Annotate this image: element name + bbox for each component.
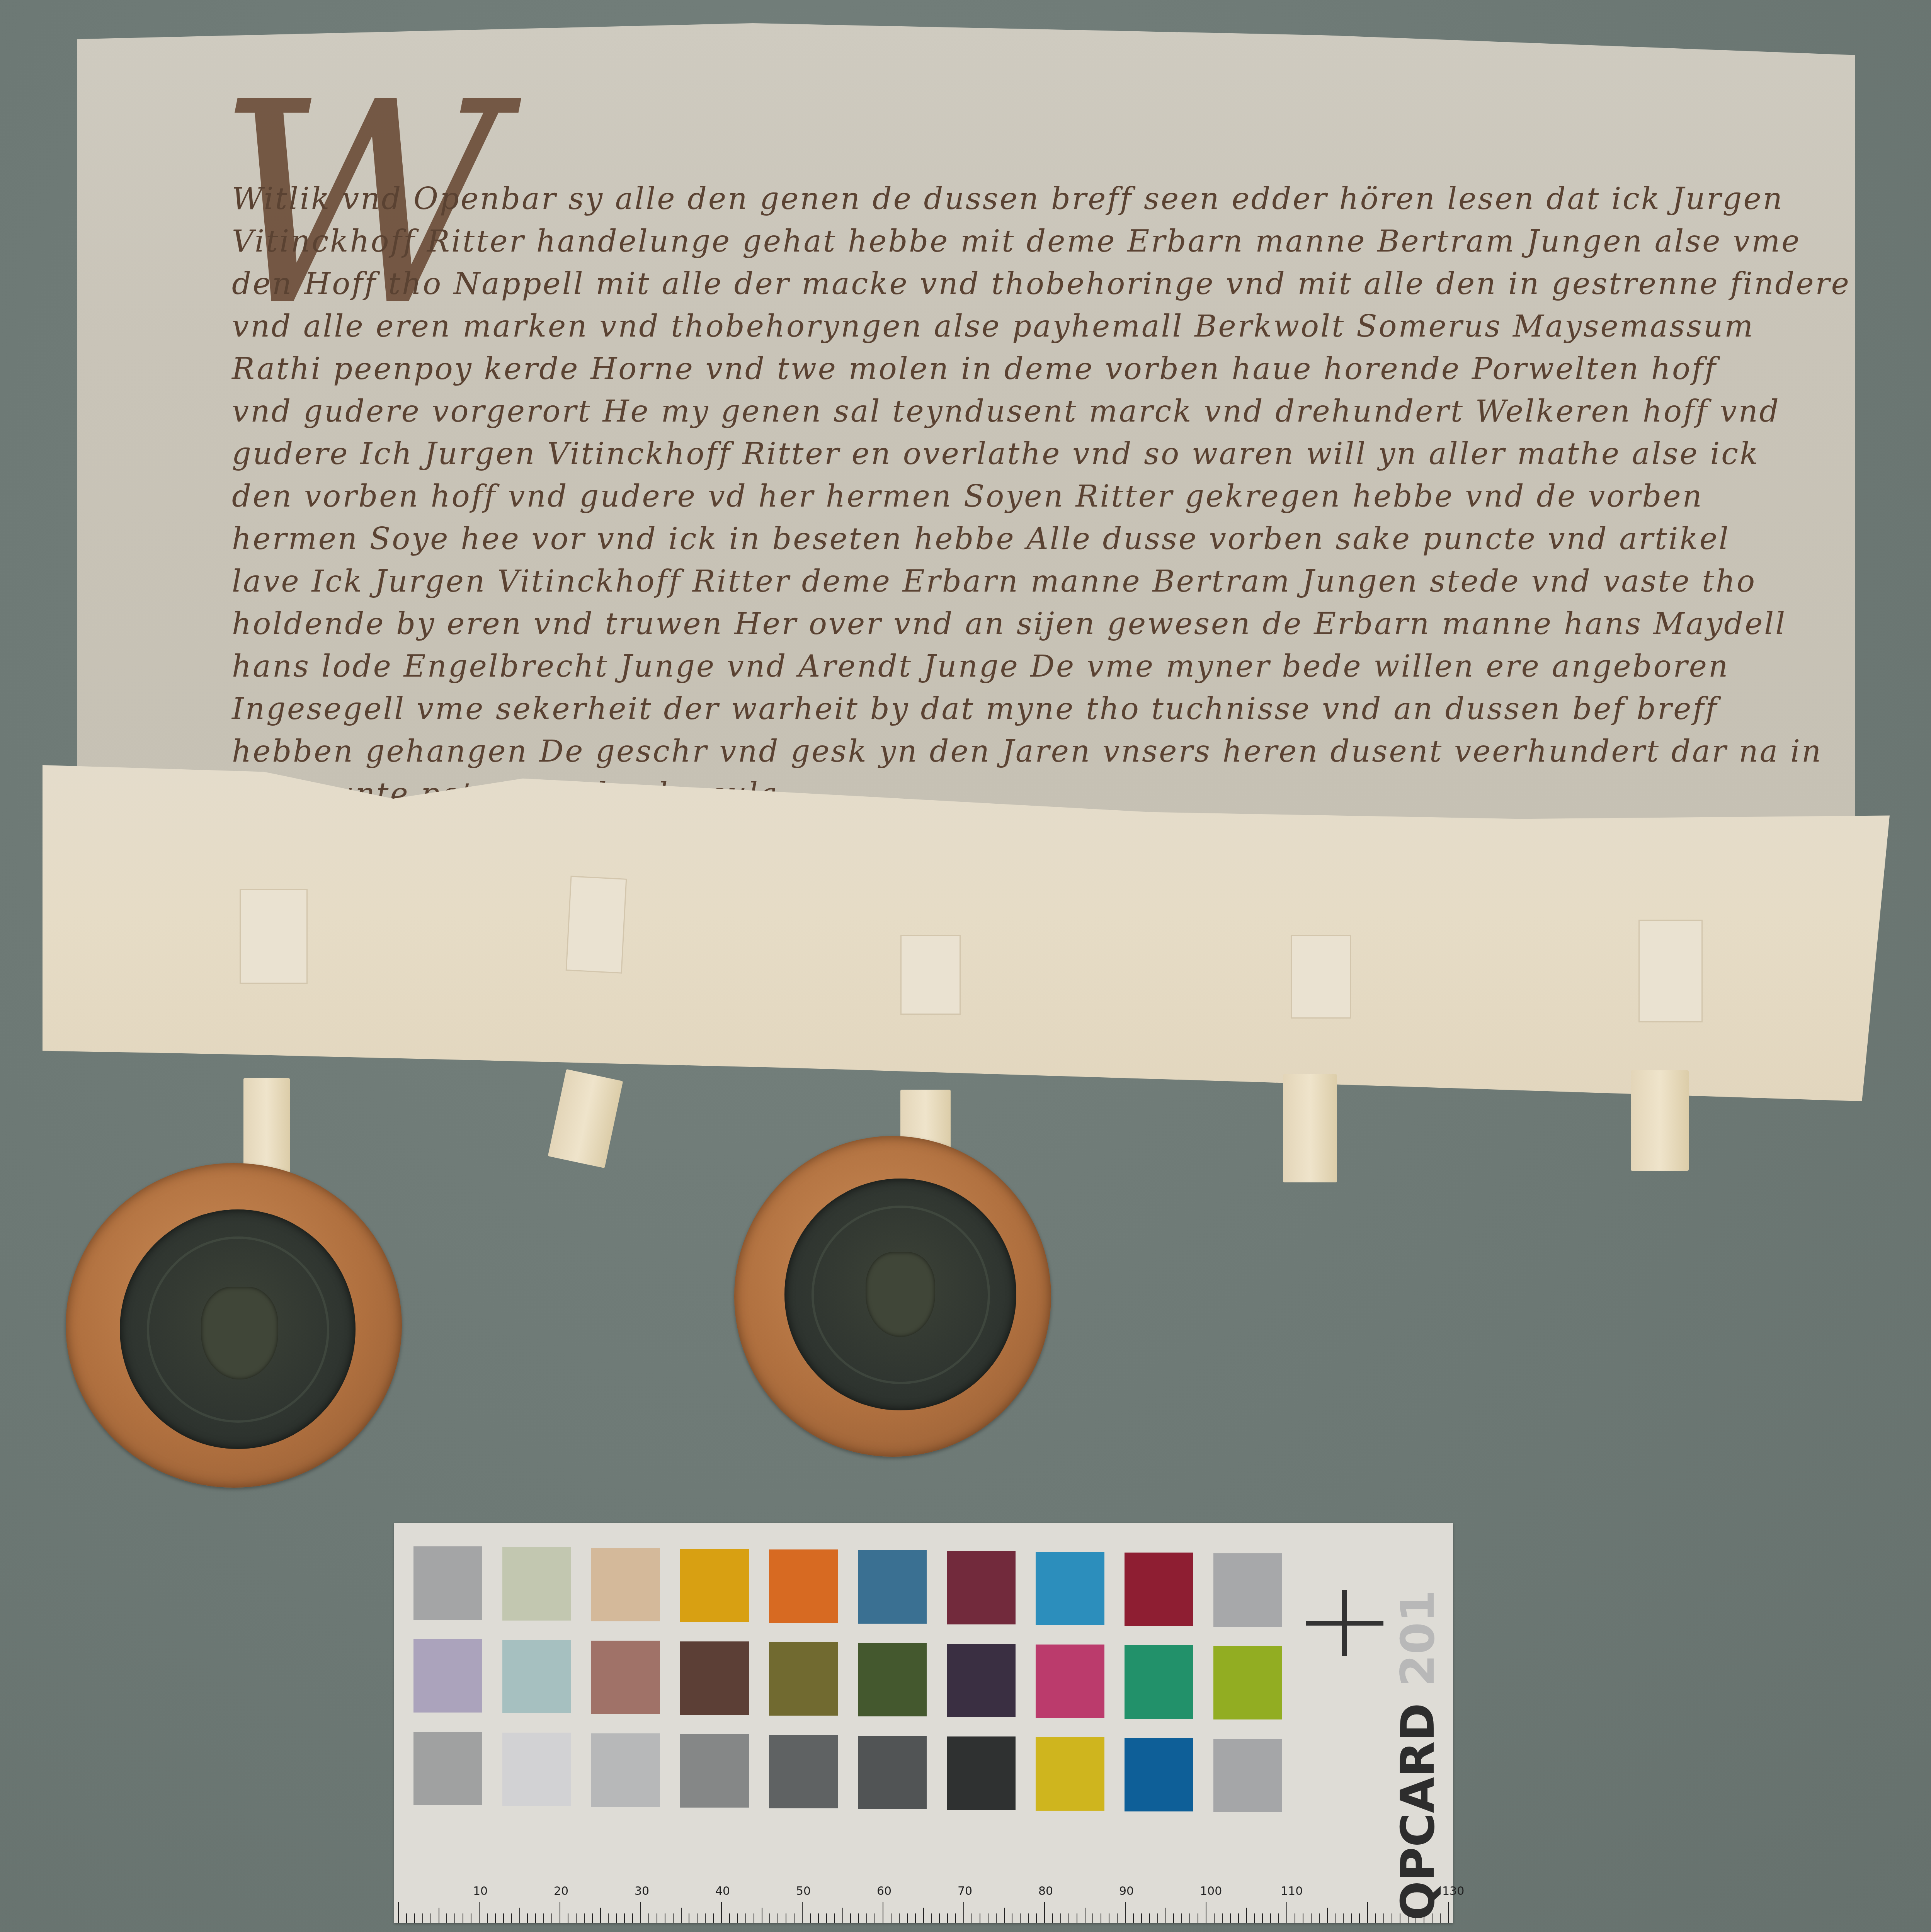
ruler-tick xyxy=(769,1913,770,1923)
ruler-tick xyxy=(1149,1913,1150,1923)
ruler-tick xyxy=(1044,1902,1045,1923)
registration-cross-icon xyxy=(1342,1590,1347,1656)
ruler-tick xyxy=(1448,1902,1449,1923)
text-line: gudere Ich Jurgen Vitinckhoff Ritter en … xyxy=(232,437,1759,471)
color-patch xyxy=(680,1641,749,1715)
ruler-tick xyxy=(1117,1913,1118,1923)
color-patch xyxy=(1036,1737,1104,1811)
seal-2-shield-icon xyxy=(866,1252,935,1337)
ruler-tick xyxy=(1077,1913,1077,1923)
color-patch xyxy=(769,1735,838,1808)
ruler-tick xyxy=(414,1913,415,1923)
color-patch xyxy=(1213,1739,1282,1812)
ruler-tick xyxy=(729,1913,730,1923)
card-brand-label: QPCARD 201 xyxy=(1391,1590,1445,1920)
ruler-tick xyxy=(1060,1913,1061,1923)
ruler-tick xyxy=(471,1913,471,1923)
color-patch xyxy=(591,1548,660,1621)
ruler-tick xyxy=(1133,1913,1134,1923)
ruler-tick xyxy=(705,1913,706,1923)
text-line: Rathi peenpoy kerde Horne vnd twe molen … xyxy=(232,352,1717,386)
ruler-tick xyxy=(673,1913,674,1923)
ruler-label: 20 xyxy=(554,1884,568,1898)
ruler-tick xyxy=(648,1913,649,1923)
ruler-label: 40 xyxy=(715,1884,730,1898)
ruler-tick xyxy=(479,1902,480,1923)
ruler-tick xyxy=(721,1902,722,1923)
ruler-tick xyxy=(1173,1913,1174,1923)
color-patch xyxy=(1036,1552,1104,1625)
ruler-tick xyxy=(640,1902,641,1923)
ruler-label: 30 xyxy=(635,1884,649,1898)
ruler-tick xyxy=(697,1913,698,1923)
color-patch xyxy=(413,1546,482,1620)
ruler-tick xyxy=(1343,1913,1344,1923)
text-line: den vorben hoff vnd gudere vd her hermen… xyxy=(232,479,1703,514)
text-line: holdende by eren vnd truwen Her over vnd… xyxy=(232,607,1786,641)
ruler-tick xyxy=(907,1913,908,1923)
ruler-tick xyxy=(1311,1913,1312,1923)
ruler-tick xyxy=(1181,1913,1182,1923)
ruler-tick xyxy=(996,1913,997,1923)
color-patch xyxy=(1213,1646,1282,1719)
color-patch xyxy=(502,1733,571,1806)
color-patch xyxy=(858,1550,927,1624)
ruler-tick xyxy=(487,1913,488,1923)
ruler-tick xyxy=(786,1913,786,1923)
ruler-tick xyxy=(454,1913,455,1923)
ruler-tick xyxy=(1214,1913,1215,1923)
ruler-tick xyxy=(947,1913,948,1923)
ruler-tick xyxy=(519,1908,520,1923)
ruler-label: 10 xyxy=(473,1884,488,1898)
color-patch xyxy=(1125,1553,1193,1626)
ruler-tick xyxy=(608,1913,609,1923)
color-patch xyxy=(947,1736,1016,1810)
color-patch xyxy=(591,1733,660,1807)
ruler-tick xyxy=(874,1913,875,1923)
color-patch xyxy=(947,1551,1016,1624)
color-patch xyxy=(413,1639,482,1713)
text-line: Witlik vnd Openbar sy alle den genen de … xyxy=(232,182,1784,216)
ruler-tick xyxy=(1125,1902,1126,1923)
ruler-tick xyxy=(834,1913,835,1923)
ruler-tick xyxy=(1367,1902,1368,1923)
ruler-tick xyxy=(568,1913,568,1923)
color-patch xyxy=(769,1549,838,1623)
color-patch xyxy=(1125,1738,1193,1811)
ruler-tick xyxy=(592,1913,593,1923)
ruler-tick xyxy=(802,1902,803,1923)
ruler-tick xyxy=(1036,1913,1037,1923)
brand-name: QPCARD xyxy=(1391,1703,1445,1920)
ruler-tick xyxy=(560,1902,560,1923)
color-patch xyxy=(413,1732,482,1805)
ruler-tick xyxy=(624,1913,625,1923)
ruler-tick xyxy=(689,1913,689,1923)
ruler-tick xyxy=(1238,1913,1239,1923)
color-patch xyxy=(591,1641,660,1714)
text-line: Ingesegell vme sekerheit der warheit by … xyxy=(232,692,1718,726)
ruler-tick xyxy=(1230,1913,1231,1923)
color-patch xyxy=(680,1734,749,1808)
ruler-tick xyxy=(858,1913,859,1923)
ruler-tick xyxy=(439,1908,439,1923)
ruler-tick xyxy=(632,1913,633,1923)
ruler-tick xyxy=(527,1913,528,1923)
ruler-tick xyxy=(1206,1902,1206,1923)
ruler-label: 110 xyxy=(1281,1884,1303,1898)
seal-slit xyxy=(1638,920,1703,1022)
ruler-tick xyxy=(1262,1913,1263,1923)
seal-slit xyxy=(566,876,627,973)
ruler-tick xyxy=(1109,1913,1109,1923)
text-line: hermen Soye hee vor vnd ick in beseten h… xyxy=(232,522,1730,556)
ruler-tick xyxy=(980,1913,980,1923)
ruler-tick xyxy=(398,1902,399,1923)
color-patch xyxy=(858,1736,927,1809)
ruler-tick xyxy=(1157,1913,1158,1923)
color-patch xyxy=(947,1644,1016,1717)
text-line: hebben gehangen De geschr vnd gesk yn de… xyxy=(232,734,1822,769)
ruler-label: 50 xyxy=(796,1884,811,1898)
ruler-tick xyxy=(1092,1913,1093,1923)
ruler-label: 70 xyxy=(958,1884,972,1898)
ruler-tick xyxy=(850,1913,851,1923)
ruler-tick xyxy=(1165,1908,1166,1923)
ruler-tick xyxy=(1295,1913,1295,1923)
ruler-tick xyxy=(1359,1913,1360,1923)
text-line: vnd alle eren marken vnd thobehoryngen a… xyxy=(232,309,1754,344)
ruler-tick xyxy=(745,1913,746,1923)
ruler-tick xyxy=(826,1913,827,1923)
ruler-label: 80 xyxy=(1038,1884,1053,1898)
mm-ruler: 102030405060708090100110130 xyxy=(394,1861,1453,1923)
color-patch xyxy=(858,1643,927,1716)
seal-1-shield-icon xyxy=(201,1287,278,1379)
tag-5 xyxy=(1631,1070,1689,1171)
ruler-tick xyxy=(794,1913,795,1923)
ruler-tick xyxy=(1303,1913,1303,1923)
ruler-tick xyxy=(923,1908,924,1923)
ruler-tick xyxy=(883,1902,883,1923)
text-line: Vitinckhoff Ritter handelunge gehat hebb… xyxy=(232,224,1801,259)
ruler-tick xyxy=(866,1913,867,1923)
ruler-tick xyxy=(1246,1908,1247,1923)
ruler-tick xyxy=(1004,1908,1005,1923)
ruler-tick xyxy=(915,1913,916,1923)
ruler-tick xyxy=(551,1913,552,1923)
ruler-tick xyxy=(1052,1913,1053,1923)
text-line: den Hoff tho Nappell mit alle der macke … xyxy=(232,267,1851,301)
ruler-tick xyxy=(1012,1913,1012,1923)
color-patch xyxy=(502,1640,571,1713)
ruler-label: 100 xyxy=(1200,1884,1222,1898)
ruler-tick xyxy=(665,1913,665,1923)
tag-4 xyxy=(1283,1074,1337,1182)
color-patch xyxy=(1125,1645,1193,1719)
ruler-tick xyxy=(503,1913,504,1923)
ruler-tick xyxy=(681,1908,682,1923)
color-patch xyxy=(502,1547,571,1621)
ruler-tick xyxy=(600,1908,601,1923)
ruler-tick xyxy=(891,1913,891,1923)
color-calibration-card: 102030405060708090100110130 xyxy=(394,1523,1453,1923)
ruler-tick xyxy=(842,1908,843,1923)
brand-model: 201 xyxy=(1391,1590,1445,1687)
ruler-tick xyxy=(818,1913,819,1923)
ruler-tick xyxy=(616,1913,617,1923)
ruler-tick xyxy=(584,1913,585,1923)
ruler-tick xyxy=(754,1913,754,1923)
ruler-tick xyxy=(931,1913,932,1923)
ruler-tick xyxy=(495,1913,496,1923)
ruler-tick xyxy=(1375,1913,1376,1923)
ruler-tick xyxy=(963,1902,964,1923)
ruler-tick xyxy=(576,1913,577,1923)
ruler-tick xyxy=(1068,1913,1069,1923)
text-line: lave Ick Jurgen Vitinckhoff Ritter deme … xyxy=(232,564,1756,599)
ruler-tick xyxy=(463,1913,463,1923)
ruler-tick xyxy=(543,1913,544,1923)
ruler-tick xyxy=(1020,1913,1021,1923)
ruler-tick xyxy=(406,1913,407,1923)
ruler-tick xyxy=(1270,1913,1271,1923)
ruler-tick xyxy=(713,1913,714,1923)
ruler-tick xyxy=(430,1913,431,1923)
seal-slit xyxy=(1291,935,1351,1019)
color-patch xyxy=(1213,1553,1282,1627)
ruler-label: 60 xyxy=(877,1884,891,1898)
ruler-tick xyxy=(988,1913,988,1923)
ruler-tick xyxy=(535,1913,536,1923)
ruler-tick xyxy=(1319,1913,1320,1923)
ruler-tick xyxy=(737,1913,738,1923)
color-patch xyxy=(680,1549,749,1622)
ruler-tick xyxy=(1222,1913,1223,1923)
ruler-tick xyxy=(446,1913,447,1923)
ruler-tick xyxy=(810,1913,811,1923)
ruler-tick xyxy=(511,1913,512,1923)
seal-slit xyxy=(900,935,961,1015)
ruler-tick xyxy=(762,1908,762,1923)
ruler-label: 130 xyxy=(1442,1884,1464,1898)
ruler-tick xyxy=(1286,1902,1287,1923)
ruler-tick xyxy=(1198,1913,1198,1923)
ruler-tick xyxy=(657,1913,657,1923)
ruler-tick xyxy=(778,1913,778,1923)
text-line: hans lode Engelbrecht Junge vnd Arendt J… xyxy=(232,649,1729,684)
ruler-tick xyxy=(1141,1913,1142,1923)
ruler-tick xyxy=(1327,1908,1328,1923)
ruler-tick xyxy=(1254,1913,1255,1923)
ruler-tick xyxy=(899,1913,900,1923)
ruler-tick xyxy=(1278,1913,1279,1923)
ruler-tick xyxy=(1101,1913,1101,1923)
ruler-label: 90 xyxy=(1119,1884,1134,1898)
text-line: vnd gudere vorgerort He my genen sal tey… xyxy=(232,394,1780,429)
ruler-tick xyxy=(1028,1913,1029,1923)
ruler-tick xyxy=(422,1913,423,1923)
ruler-tick xyxy=(1189,1913,1190,1923)
seal-slit xyxy=(240,889,308,984)
color-patch xyxy=(769,1642,838,1716)
ruler-tick xyxy=(1383,1913,1384,1923)
ruler-tick xyxy=(1351,1913,1352,1923)
ruler-tick xyxy=(1335,1913,1336,1923)
ruler-tick xyxy=(955,1913,956,1923)
color-patch xyxy=(1036,1645,1104,1718)
ruler-tick xyxy=(1085,1908,1085,1923)
ruler-tick xyxy=(939,1913,940,1923)
ruler-tick xyxy=(971,1913,972,1923)
